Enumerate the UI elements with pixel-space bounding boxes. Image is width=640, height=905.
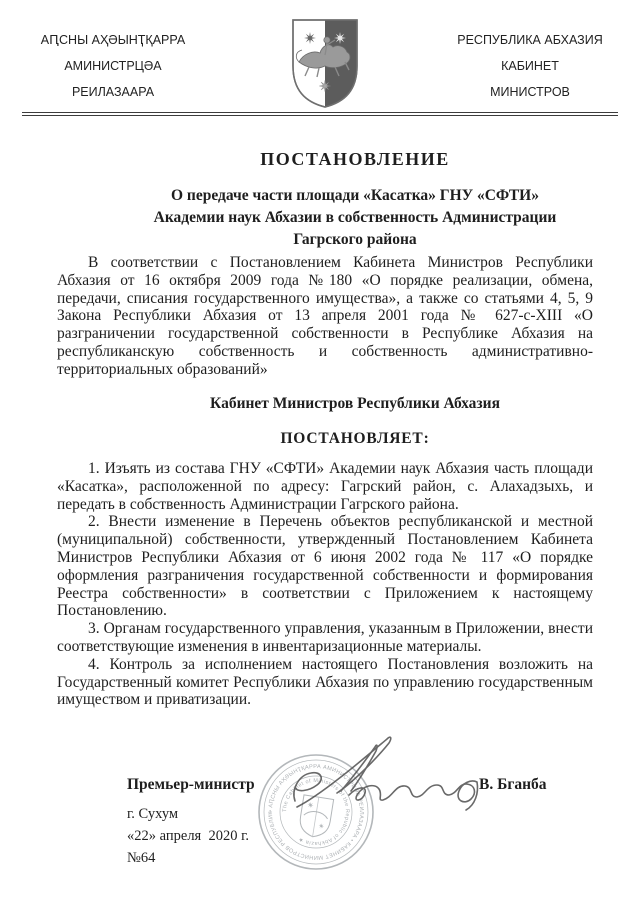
header-left-block: АԤСНЫ АҲӘЫНҬҚАРРА АМИНИСТРЦӘА РЕИЛАЗААРА: [18, 27, 208, 105]
header-right-line1: РЕСПУБЛИКА АБХАЗИЯ: [435, 27, 625, 53]
item-2: 2. Внести изменение в Перечень объектов …: [57, 513, 593, 620]
abkhazia-coat-of-arms-icon: [287, 16, 363, 110]
header-divider-rule: [22, 112, 618, 116]
header-right-block: РЕСПУБЛИКА АБХАЗИЯ КАБИНЕТ МИНИСТРОВ: [435, 27, 625, 105]
header-left-line1: АԤСНЫ АҲӘЫНҬҚАРРА: [18, 27, 208, 53]
header-right-line3: МИНИСТРОВ: [435, 79, 625, 105]
signer-position-label: Премьер-министр: [127, 776, 255, 794]
item-4: 4. Контроль за исполнением настоящего По…: [57, 656, 593, 709]
handwritten-signature: [294, 737, 478, 810]
header-left-line2: АМИНИСТРЦӘА: [18, 53, 208, 79]
subtitle-line1: О передаче части площади «Касатка» ГНУ «…: [75, 185, 635, 207]
signer-name: В. Бганба: [479, 776, 547, 794]
header-left-line3: РЕИЛАЗААРА: [18, 79, 208, 105]
preamble-paragraph: В соответствии с Постановлением Кабинета…: [57, 254, 593, 379]
header-right-line2: КАБИНЕТ: [435, 53, 625, 79]
signature-city: г. Сухум: [127, 806, 178, 823]
official-seal-stamp: • АԤСНЫ АҲӘЫНҬҚАРРА АМИНИСТРЦӘА РЕИЛАЗАА…: [245, 733, 480, 878]
item-1: 1. Изъять из состава ГНУ «СФТИ» Академии…: [57, 460, 593, 513]
subtitle-line2: Академии наук Абхазии в собственность Ад…: [75, 207, 635, 229]
resolution-items: 1. Изъять из состава ГНУ «СФТИ» Академии…: [57, 460, 593, 709]
cabinet-heading: Кабинет Министров Республики Абхазия: [75, 395, 635, 413]
document-subtitle: О передаче части площади «Касатка» ГНУ «…: [75, 185, 635, 251]
document-page: АԤСНЫ АҲӘЫНҬҚАРРА АМИНИСТРЦӘА РЕИЛАЗААРА…: [0, 0, 640, 905]
subtitle-line3: Гагрского района: [75, 229, 635, 251]
item-3: 3. Органам государственного управления, …: [57, 620, 593, 656]
resolves-heading: ПОСТАНОВЛЯЕТ:: [75, 430, 635, 448]
signature-date: «22» апреля 2020 г.: [127, 828, 249, 845]
document-number: №64: [127, 850, 155, 867]
preamble-block: В соответствии с Постановлением Кабинета…: [57, 254, 593, 379]
seal-center-shield: [298, 795, 334, 839]
document-title: ПОСТАНОВЛЕНИЕ: [75, 149, 635, 170]
